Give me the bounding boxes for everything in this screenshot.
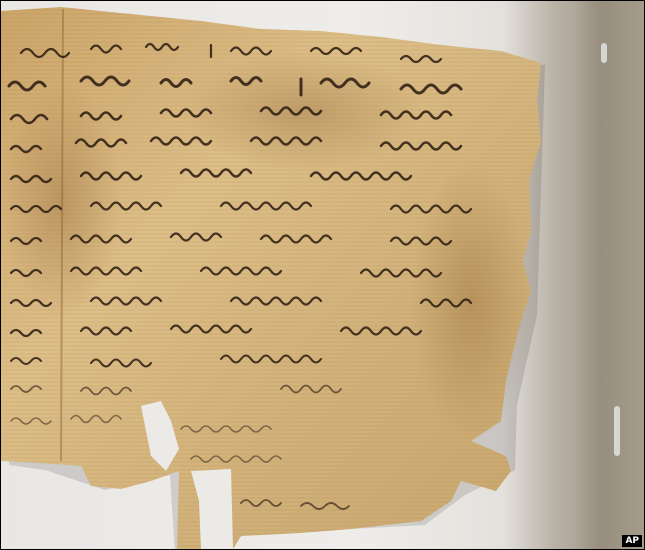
papyrus-fragment bbox=[1, 1, 644, 549]
photo-frame: AP bbox=[1, 1, 644, 549]
photo-credit: AP bbox=[622, 535, 642, 547]
